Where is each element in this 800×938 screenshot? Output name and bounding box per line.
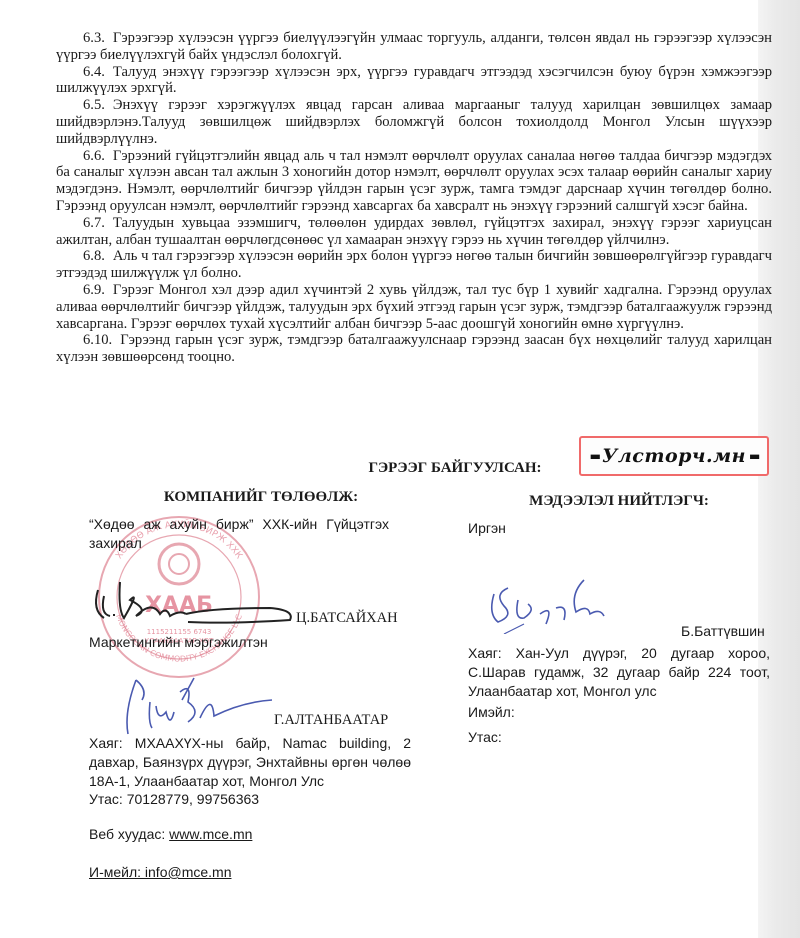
clause-6-10: 6.10.Гэрээнд гарын үсэг зурж, тэмдгээр б… [56,332,772,366]
publisher-name: Б.Баттүвшин [681,623,765,639]
publisher-address: Хаяг: Хан-Уул дүүрэг, 20 дугаар хороо, С… [468,644,770,701]
company-role-marketing: Маркетингийн мэргэжилтэн [89,634,268,650]
company-name-marketing: Г.АЛТАНБААТАР [274,712,388,729]
publisher-phone-label: Утас: [468,729,502,745]
company-address: Хаяг: МХААХҮХ-ны байр, Namac building, 2… [89,734,411,791]
clause-6-9: 6.9.Гэрээг Монгол хэл дээр адил хүчинтэй… [56,282,772,332]
publisher-signatory-block: МЭДЭЭЛЭЛ НИЙТЛЭГЧ: Иргэн [468,492,770,538]
publisher-title: МЭДЭЭЛЭЛ НИЙТЛЭГЧ: [468,492,770,511]
company-role-director: “Хөдөө аж ахуйн бирж” ХХК-ийн Гүйцэтгэх … [89,515,389,553]
company-signatory-block: КОМПАНИЙГ ТӨЛӨӨЛЖ: “Хөдөө аж ахуйн бирж”… [89,488,409,553]
signature-batsaikhan-icon [90,570,300,630]
clause-6-5: 6.5.Энэхүү гэрээг хэрэгжүүлэх явцад гарс… [56,97,772,147]
company-phone: Утас: 70128779, 99756363 [89,791,259,807]
clause-6-3: 6.3.Гэрээгээр хүлээсэн үүргээ биелүүлээг… [56,30,772,64]
company-website: Веб хуудас: www.mce.mn [89,826,252,842]
publisher-role: Иргэн [468,519,770,538]
signed-heading: ГЭРЭЭГ БАЙГУУЛСАН: [0,460,800,477]
clause-6-6: 6.6.Гэрээний гүйцэтгэлийн явцад аль ч та… [56,148,772,215]
signature-altanbaatar-icon [122,672,282,742]
clause-6-4: 6.4.Талууд энэхүү гэрээгээр хүлээсэн эрх… [56,64,772,98]
company-name-director: Ц.БАТСАЙХАН [296,610,398,627]
clause-6-8: 6.8.Аль ч тал гэрээгээр хүлээсэн өөрийн … [56,248,772,282]
signature-battuvshin-icon [484,574,624,634]
publisher-email-label: Имэйл: [468,704,515,720]
clause-6-7: 6.7.Талуудын хувьцаа эзэмшигч, төлөөлөн … [56,215,772,249]
contract-clauses: 6.3.Гэрээгээр хүлээсэн үүргээ биелүүлээг… [56,30,772,366]
website-label: Веб хуудас: [89,826,165,842]
website-link[interactable]: www.mce.mn [169,826,252,842]
company-email-link[interactable]: И-мейл: info@mce.mn [89,864,231,880]
company-title: КОМПАНИЙГ ТӨЛӨӨЛЖ: [89,488,409,507]
